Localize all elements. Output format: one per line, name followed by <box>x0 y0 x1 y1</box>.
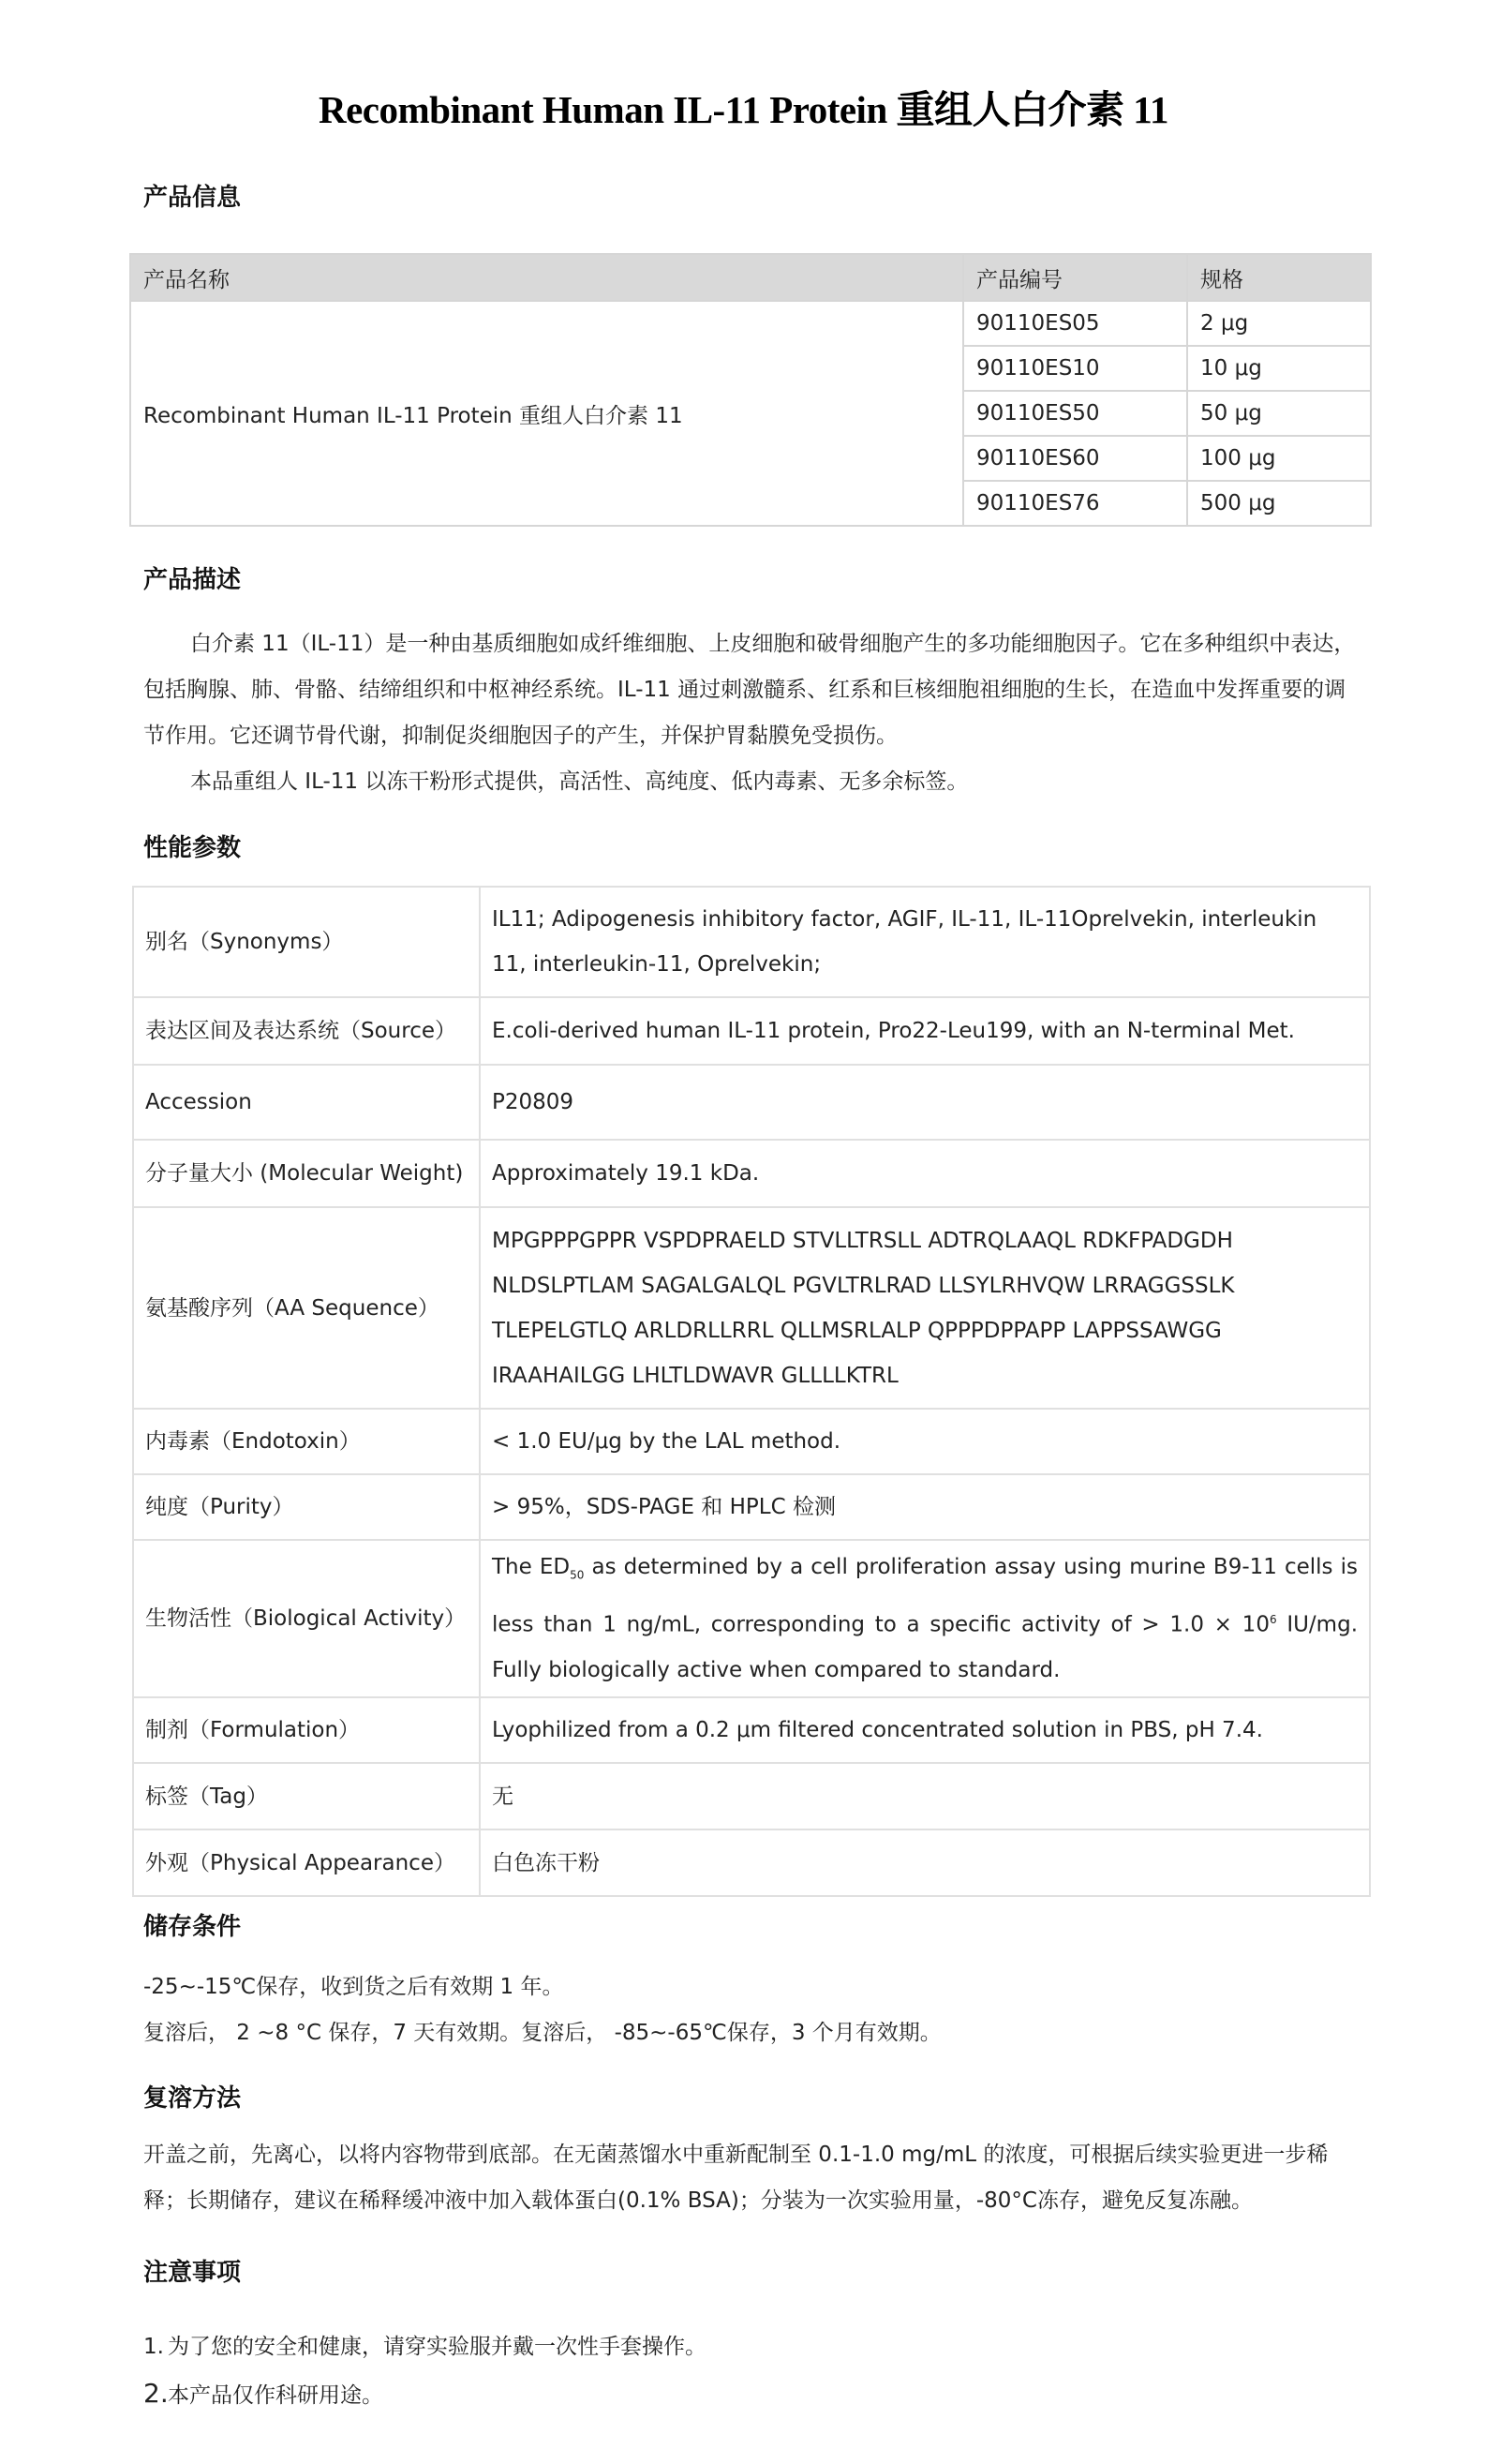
spec-row-biological-activity: 生物活性（Biological Activity） The ED50 as de… <box>133 1540 1370 1697</box>
spec-row-tag: 标签（Tag） 无 <box>133 1763 1370 1829</box>
spec-value: > 95%，SDS-PAGE 和 HPLC 检测 <box>480 1474 1370 1540</box>
sequence-line: TLEPELGTLQ ARLDRLLRRL QLLMSRLALP QPPPDPP… <box>492 1308 1358 1353</box>
size-cell: 500 μg <box>1187 481 1371 526</box>
list-number: 1. <box>143 2324 168 2370</box>
spec-value-sequence: MPGPPPGPPR VSPDPRAELD STVLLTRSLL ADTRQLA… <box>480 1207 1370 1409</box>
section-heading-reconstitution: 复溶方法 <box>143 2079 241 2113</box>
spec-value: IL11; Adipogenesis inhibitory factor, AG… <box>480 887 1370 997</box>
section-heading-notes: 注意事项 <box>143 2253 241 2288</box>
section-heading-product-info: 产品信息 <box>143 178 241 213</box>
specs-table: 别名（Synonyms） IL11; Adipogenesis inhibito… <box>132 886 1371 1897</box>
spec-row-synonyms: 别名（Synonyms） IL11; Adipogenesis inhibito… <box>133 887 1370 997</box>
product-code-cell: 90110ES60 <box>963 436 1187 481</box>
section-heading-description: 产品描述 <box>143 560 241 595</box>
size-cell: 100 μg <box>1187 436 1371 481</box>
sequence-line: MPGPPPGPPR VSPDPRAELD STVLLTRSLL ADTRQLA… <box>492 1218 1358 1263</box>
reconstitution-text: 开盖之前，先离心，以将内容物带到底部。在无菌蒸馏水中重新配制至 0.1-1.0 … <box>143 2132 1366 2224</box>
sequence-line: NLDSLPTLAM SAGALGALQL PGVLTRLRAD LLSYLRH… <box>492 1263 1358 1308</box>
spec-value: 白色冻干粉 <box>480 1829 1370 1896</box>
sequence-line: IRAAHAILGG LHLTLDWAVR GLLLLKTRL <box>492 1353 1358 1398</box>
exponent-superscript: 6 <box>1270 1613 1277 1626</box>
spec-label: 生物活性（Biological Activity） <box>133 1540 480 1697</box>
spec-label: 标签（Tag） <box>133 1763 480 1829</box>
spec-value: The ED50 as determined by a cell prolife… <box>480 1540 1370 1697</box>
table-header-row: 产品名称 产品编号 规格 <box>130 254 1371 301</box>
description-paragraph-2: 本品重组人 IL-11 以冻干粉形式提供，高活性、高纯度、低内毒素、无多余标签。 <box>143 759 1366 805</box>
spec-row-aa-sequence: 氨基酸序列（AA Sequence） MPGPPPGPPR VSPDPRAELD… <box>133 1207 1370 1409</box>
table-row: Recombinant Human IL-11 Protein 重组人白介素 1… <box>130 301 1371 346</box>
spec-row-source: 表达区间及表达系统（Source） E.coli-derived human I… <box>133 997 1370 1065</box>
storage-line-2: 复溶后， 2 ~8 °C 保存，7 天有效期。复溶后， -85~-65℃保存，3… <box>143 2015 942 2046</box>
header-product-code: 产品编号 <box>963 254 1187 301</box>
section-heading-specs: 性能参数 <box>143 829 241 863</box>
bio-text: The ED <box>492 1555 570 1579</box>
section-heading-storage: 储存条件 <box>143 1907 241 1942</box>
spec-row-molecular-weight: 分子量大小 (Molecular Weight) Approximately 1… <box>133 1140 1370 1207</box>
spec-label: Accession <box>133 1065 480 1140</box>
product-code-cell: 90110ES10 <box>963 346 1187 391</box>
spec-label: 纯度（Purity） <box>133 1474 480 1540</box>
spec-row-accession: Accession P20809 <box>133 1065 1370 1140</box>
spec-label: 外观（Physical Appearance） <box>133 1829 480 1896</box>
ed50-subscript: 50 <box>570 1568 584 1581</box>
description-paragraph-1: 白介素 11（IL-11）是一种由基质细胞如成纤维细胞、上皮细胞和破骨细胞产生的… <box>143 621 1366 759</box>
spec-value: P20809 <box>480 1065 1370 1140</box>
spec-value: Lyophilized from a 0.2 μm filtered conce… <box>480 1697 1370 1763</box>
storage-line-1: -25~-15℃保存，收到货之后有效期 1 年。 <box>143 1969 564 2000</box>
product-code-cell: 90110ES50 <box>963 391 1187 436</box>
product-info-table: 产品名称 产品编号 规格 Recombinant Human IL-11 Pro… <box>129 253 1372 527</box>
size-cell: 2 μg <box>1187 301 1371 346</box>
header-size: 规格 <box>1187 254 1371 301</box>
bio-text: as determined by a cell proliferation as… <box>492 1555 1358 1637</box>
spec-row-purity: 纯度（Purity） > 95%，SDS-PAGE 和 HPLC 检测 <box>133 1474 1370 1540</box>
spec-value: Approximately 19.1 kDa. <box>480 1140 1370 1207</box>
spec-label: 分子量大小 (Molecular Weight) <box>133 1140 480 1207</box>
product-code-cell: 90110ES76 <box>963 481 1187 526</box>
spec-label: 制剂（Formulation） <box>133 1697 480 1763</box>
note-text: 为了您的安全和健康，请穿实验服并戴一次性手套操作。 <box>168 2335 706 2359</box>
list-number: 2. <box>143 2370 168 2416</box>
note-text: 本产品仅作科研用途。 <box>168 2383 383 2408</box>
product-name-cell: Recombinant Human IL-11 Protein 重组人白介素 1… <box>130 301 963 526</box>
spec-label: 内毒素（Endotoxin） <box>133 1409 480 1474</box>
document-title: Recombinant Human IL-11 Protein 重组人白介素 1… <box>0 79 1487 134</box>
spec-label: 表达区间及表达系统（Source） <box>133 997 480 1065</box>
size-cell: 50 μg <box>1187 391 1371 436</box>
spec-label: 氨基酸序列（AA Sequence） <box>133 1207 480 1409</box>
header-product-name: 产品名称 <box>130 254 963 301</box>
list-item: 1.为了您的安全和健康，请穿实验服并戴一次性手套操作。 <box>143 2324 706 2370</box>
spec-row-appearance: 外观（Physical Appearance） 白色冻干粉 <box>133 1829 1370 1896</box>
spec-value: E.coli-derived human IL-11 protein, Pro2… <box>480 997 1370 1065</box>
product-code-cell: 90110ES05 <box>963 301 1187 346</box>
size-cell: 10 μg <box>1187 346 1371 391</box>
spec-value: 无 <box>480 1763 1370 1829</box>
spec-row-endotoxin: 内毒素（Endotoxin） < 1.0 EU/μg by the LAL me… <box>133 1409 1370 1474</box>
notes-list: 1.为了您的安全和健康，请穿实验服并戴一次性手套操作。 2.本产品仅作科研用途。 <box>143 2324 706 2416</box>
spec-label: 别名（Synonyms） <box>133 887 480 997</box>
spec-value: < 1.0 EU/μg by the LAL method. <box>480 1409 1370 1474</box>
list-item: 2.本产品仅作科研用途。 <box>143 2370 706 2416</box>
spec-row-formulation: 制剂（Formulation） Lyophilized from a 0.2 μ… <box>133 1697 1370 1763</box>
